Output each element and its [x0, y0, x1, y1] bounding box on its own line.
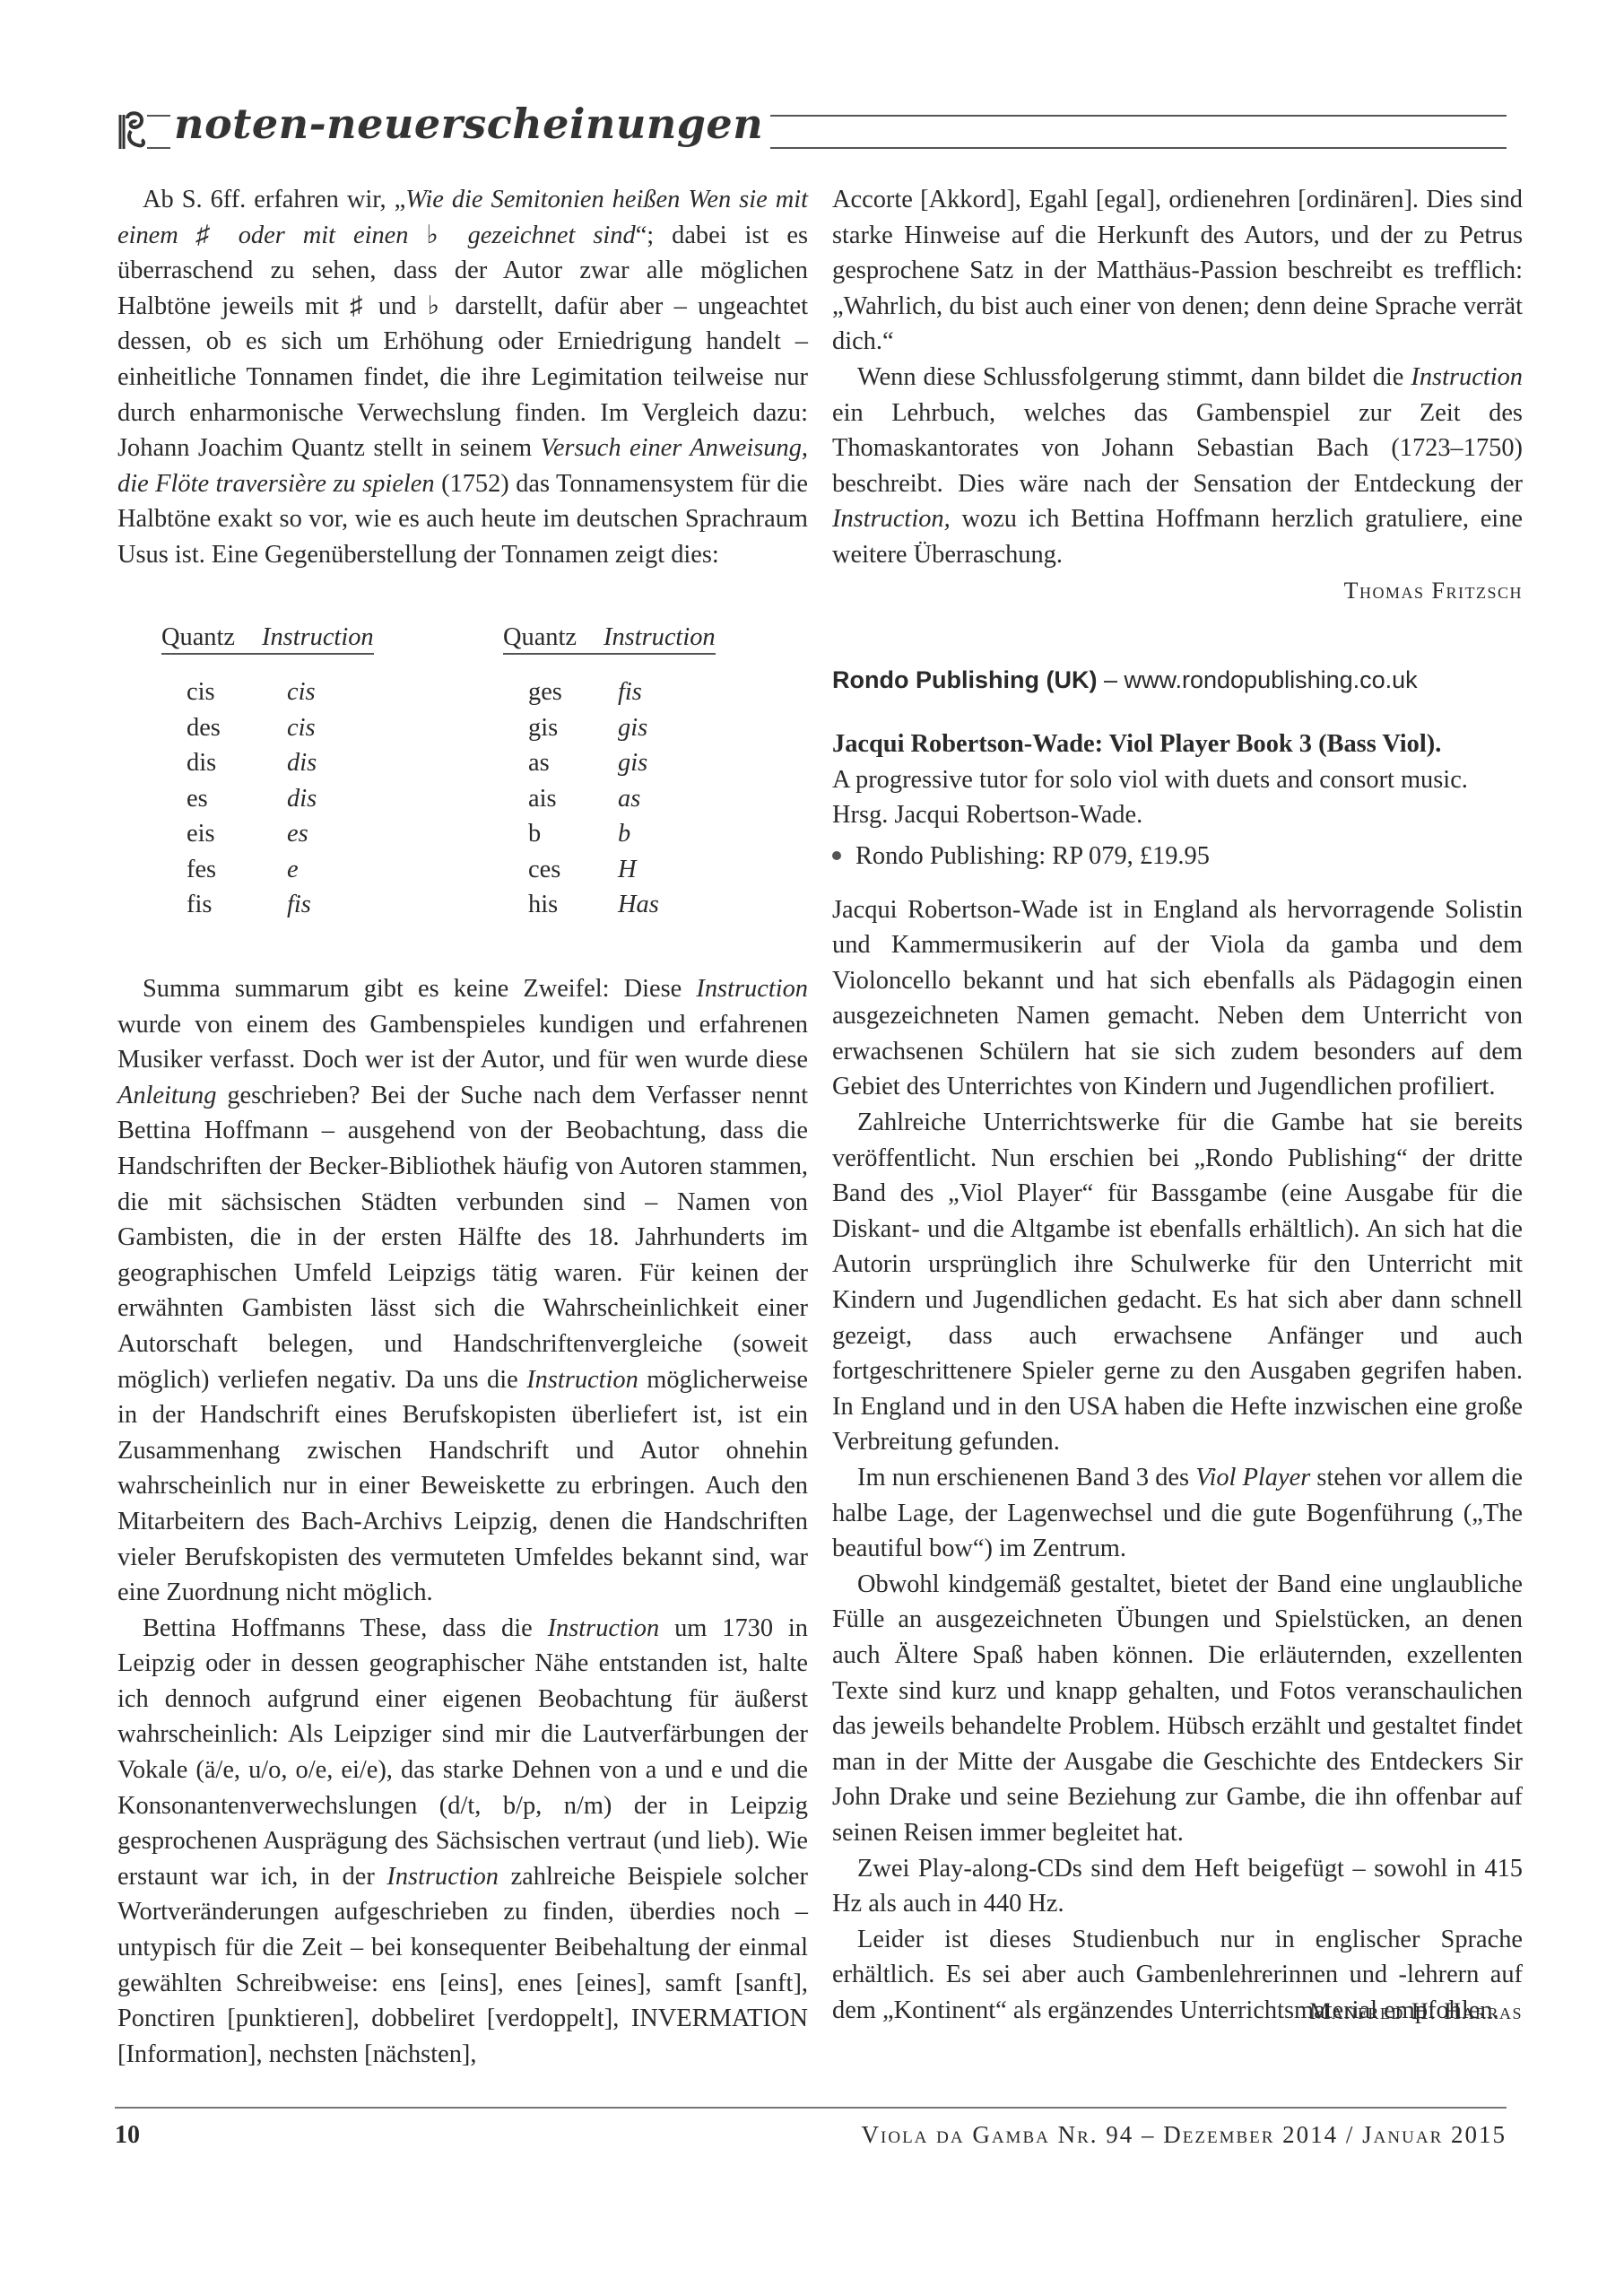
paragraph: Ab S. 6ff. erfahren wir, „Wie die Semito… — [117, 182, 808, 573]
table-row: descis — [161, 710, 374, 746]
bullet-icon — [832, 851, 841, 860]
page-number: 10 — [115, 2121, 140, 2150]
left-column-continued: Summa summarum gibt es keine Zweifel: Di… — [117, 971, 808, 2072]
section-header: noten-neuerscheinungen — [115, 111, 1507, 151]
book-description: A progressive tutor for solo viol with d… — [832, 762, 1523, 833]
viol-scroll-logo-icon — [115, 109, 147, 151]
right-column: Accorte [Akkord], Egahl [egal], ordieneh… — [832, 182, 1523, 2029]
paragraph: Wenn diese Schlussfolgerung stimmt, dann… — [832, 360, 1523, 573]
table-row: asgis — [503, 745, 716, 781]
table-row: esdis — [161, 781, 374, 817]
paragraph: Zwei Play-along-CDs sind dem Heft beigef… — [832, 1851, 1523, 1922]
page-footer: 10 Viola da Gamba Nr. 94 – Dezember 2014… — [115, 2107, 1507, 2109]
table-row: eises — [161, 816, 374, 852]
paragraph: Summa summarum gibt es keine Zweifel: Di… — [117, 971, 808, 1611]
publisher-heading: Rondo Publishing (UK) – www.rondopublish… — [832, 662, 1523, 698]
paragraph: Obwohl kindgemäß gestaltet, bietet der B… — [832, 1567, 1523, 1851]
paragraph: Bettina Hoffmanns These, dass die Instru… — [117, 1611, 808, 2073]
table-header: Quantz Instruction — [161, 622, 374, 655]
paragraph: Zahlreiche Unterrichtswerke für die Gamb… — [832, 1105, 1523, 1460]
table-row: fese — [161, 852, 374, 888]
table-row: fisfis — [161, 887, 374, 923]
order-info: Rondo Publishing: RP 079, £19.95 — [832, 839, 1523, 874]
book-title: Jacqui Robertson-Wade: Viol Player Book … — [832, 726, 1523, 762]
table-row: cesH — [503, 852, 716, 888]
table-row: ciscis — [161, 674, 374, 710]
comparison-table-left: Quantz Instruction ciscis descis disdis … — [161, 622, 374, 923]
table-row: bb — [503, 816, 716, 852]
table-row: gesfis — [503, 674, 716, 710]
table-header: Quantz Instruction — [503, 622, 716, 655]
author-signature: Thomas Fritzsch — [832, 573, 1523, 609]
table-row: disdis — [161, 745, 374, 781]
paragraph: Accorte [Akkord], Egahl [egal], ordieneh… — [832, 182, 1523, 360]
section-title: noten-neuerscheinungen — [170, 95, 770, 152]
table-row: gisgis — [503, 710, 716, 746]
publisher-url-link[interactable]: www.rondopublishing.co.uk — [1124, 666, 1417, 693]
table-row: hisHas — [503, 887, 716, 923]
comparison-table-right: Quantz Instruction gesfis gisgis asgis a… — [503, 622, 716, 923]
journal-issue: Viola da Gamba Nr. 94 – Dezember 2014 / … — [862, 2121, 1507, 2149]
left-column: Ab S. 6ff. erfahren wir, „Wie die Semito… — [117, 182, 808, 573]
table-row: aisas — [503, 781, 716, 817]
paragraph: Im nun erschienenen Band 3 des Viol Play… — [832, 1460, 1523, 1567]
paragraph: Jacqui Robertson-Wade ist in England als… — [832, 892, 1523, 1106]
footer-rule — [115, 2107, 1507, 2109]
